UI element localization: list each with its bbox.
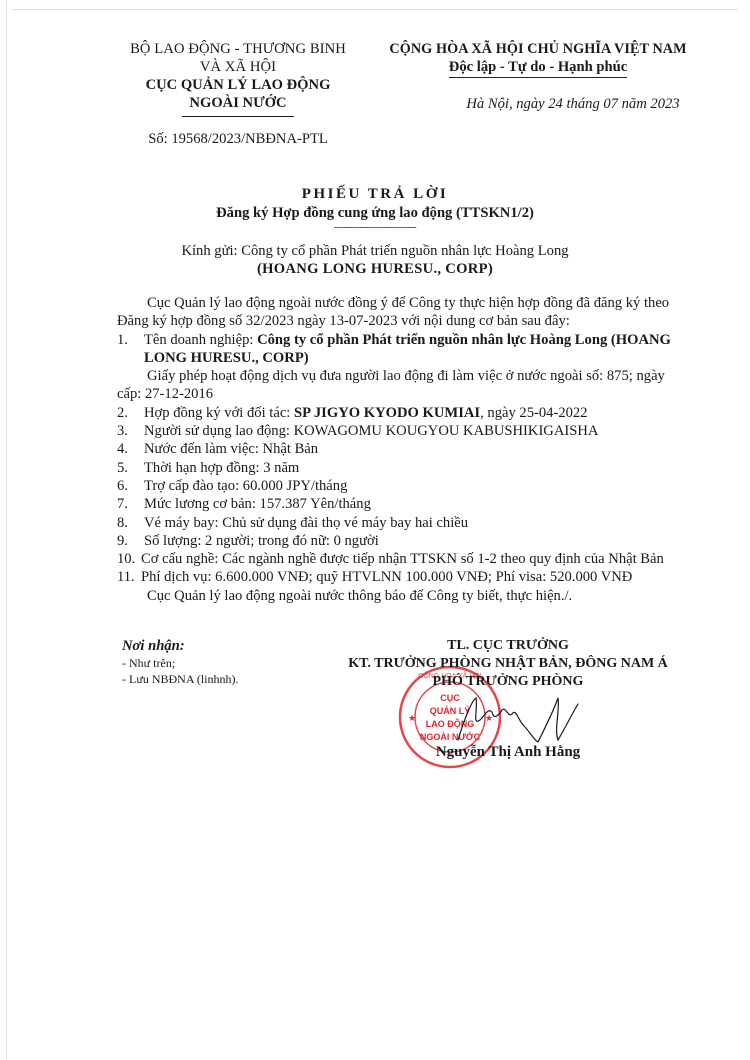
license-paragraph: Giấy phép hoạt động dịch vụ đưa người la… bbox=[117, 367, 677, 404]
partner-name: SP JIGYO KYODO KUMIAI bbox=[294, 405, 480, 421]
partner-date: , ngày 25-04-2022 bbox=[480, 405, 587, 421]
item-number: 8. bbox=[117, 514, 144, 532]
ministry-name-line1: BỘ LAO ĐỘNG - THƯƠNG BINH bbox=[108, 40, 368, 58]
signature-block: TL. CỤC TRƯỞNG KT. TRƯỞNG PHÒNG NHẬT BẢN… bbox=[318, 637, 698, 691]
department-name-line2: NGOÀI NƯỚC bbox=[108, 94, 368, 112]
recipient-english-name: (HOANG LONG HURESU., CORP) bbox=[0, 261, 750, 278]
signing-capacity: KT. TRƯỞNG PHÒNG NHẬT BẢN, ĐÔNG NAM Á bbox=[318, 655, 698, 673]
list-item-9: 9. Số lượng: 2 người; trong đó nữ: 0 ngư… bbox=[117, 532, 677, 550]
recipient-item: - Lưu NBĐNA (linhnh). bbox=[122, 671, 239, 687]
list-item-4: 4. Nước đến làm việc: Nhật Bản bbox=[117, 440, 677, 458]
item-text: Thời hạn hợp đồng: 3 năm bbox=[144, 459, 677, 477]
place-date: Hà Nội, ngày 24 tháng 07 năm 2023 bbox=[378, 96, 698, 113]
list-item-10: 10.Cơ cấu nghề: Các ngành nghề được tiếp… bbox=[117, 550, 677, 568]
divider bbox=[182, 116, 294, 117]
list-item-11: 11.Phí dịch vụ: 6.600.000 VNĐ; quỹ HTVLN… bbox=[117, 568, 677, 586]
closing-paragraph: Cục Quản lý lao động ngoài nước thông bá… bbox=[117, 587, 677, 605]
national-heading-block: CỘNG HÒA XÃ HỘI CHỦ NGHĨA VIỆT NAM Độc l… bbox=[378, 40, 698, 113]
item-number: 7. bbox=[117, 495, 144, 513]
item-number: 10. bbox=[117, 550, 141, 568]
signer-title: PHÓ TRƯỞNG PHÒNG bbox=[318, 673, 698, 691]
item-number: 9. bbox=[117, 532, 144, 550]
item-number: 3. bbox=[117, 422, 144, 440]
handwritten-signature-icon bbox=[454, 690, 584, 748]
item-text: Cơ cấu nghề: Các ngành nghề được tiếp nh… bbox=[141, 551, 664, 567]
item-number: 1. bbox=[117, 331, 144, 368]
item-label: Hợp đồng ký với đối tác: bbox=[144, 405, 294, 421]
item-text: Trợ cấp đào tạo: 60.000 JPY/tháng bbox=[144, 477, 677, 495]
recipients-block: Nơi nhận: - Như trên; - Lưu NBĐNA (linhn… bbox=[122, 638, 239, 687]
item-number: 6. bbox=[117, 477, 144, 495]
list-item-5: 5. Thời hạn hợp đồng: 3 năm bbox=[117, 459, 677, 477]
nation-name: CỘNG HÒA XÃ HỘI CHỦ NGHĨA VIỆT NAM bbox=[378, 40, 698, 58]
recipient-line: Kính gửi: Công ty cổ phần Phát triển ngu… bbox=[0, 243, 750, 260]
issuing-agency-block: BỘ LAO ĐỘNG - THƯƠNG BINH VÀ XÃ HỘI CỤC … bbox=[108, 40, 368, 148]
list-item-2: 2. Hợp đồng ký với đối tác: SP JIGYO KYO… bbox=[117, 404, 677, 422]
list-item-1: 1. Tên doanh nghiệp: Công ty cổ phần Phá… bbox=[117, 331, 677, 368]
item-number: 4. bbox=[117, 440, 144, 458]
item-number: 11. bbox=[117, 568, 141, 586]
national-motto: Độc lập - Tự do - Hạnh phúc bbox=[449, 58, 627, 78]
item-number: 2. bbox=[117, 404, 144, 422]
document-subtitle: Đăng ký Hợp đồng cung ứng lao động (TTSK… bbox=[0, 205, 750, 222]
ministry-name-line2: VÀ XÃ HỘI bbox=[108, 58, 368, 76]
recipient-item: - Như trên; bbox=[122, 655, 239, 671]
item-label: Tên doanh nghiệp: bbox=[144, 332, 257, 348]
intro-paragraph: Cục Quản lý lao động ngoài nước đồng ý đ… bbox=[117, 294, 677, 331]
recipients-heading: Nơi nhận: bbox=[122, 638, 239, 655]
item-number: 5. bbox=[117, 459, 144, 477]
list-item-7: 7. Mức lương cơ bản: 157.387 Yên/tháng bbox=[117, 495, 677, 513]
signer-name: Nguyễn Thị Anh Hằng bbox=[318, 744, 698, 761]
scan-artifact-line bbox=[12, 9, 738, 10]
item-text: Nước đến làm việc: Nhật Bản bbox=[144, 440, 677, 458]
list-item-8: 8. Vé máy bay: Chủ sử dụng đài thọ vé má… bbox=[117, 514, 677, 532]
document-number: Số: 19568/2023/NBĐNA-PTL bbox=[108, 131, 368, 148]
document-body: Cục Quản lý lao động ngoài nước đồng ý đ… bbox=[117, 294, 677, 605]
scan-edge bbox=[6, 0, 7, 1060]
svg-text:★: ★ bbox=[408, 713, 416, 723]
department-name-line1: CỤC QUẢN LÝ LAO ĐỘNG bbox=[108, 76, 368, 94]
item-text: Số lượng: 2 người; trong đó nữ: 0 người bbox=[144, 532, 677, 550]
item-text: Phí dịch vụ: 6.600.000 VNĐ; quỹ HTVLNN 1… bbox=[141, 569, 632, 585]
list-item-6: 6. Trợ cấp đào tạo: 60.000 JPY/tháng bbox=[117, 477, 677, 495]
list-item-3: 3. Người sử dụng lao động: KOWAGOMU KOUG… bbox=[117, 422, 677, 440]
document-title: PHIẾU TRẢ LỜI bbox=[0, 186, 750, 203]
signing-authority: TL. CỤC TRƯỞNG bbox=[318, 637, 698, 655]
item-text: Vé máy bay: Chủ sử dụng đài thọ vé máy b… bbox=[144, 514, 677, 532]
title-separator: ----------------------------- bbox=[0, 222, 750, 233]
item-text: Mức lương cơ bản: 157.387 Yên/tháng bbox=[144, 495, 677, 513]
item-text: Người sử dụng lao động: KOWAGOMU KOUGYOU… bbox=[144, 422, 677, 440]
